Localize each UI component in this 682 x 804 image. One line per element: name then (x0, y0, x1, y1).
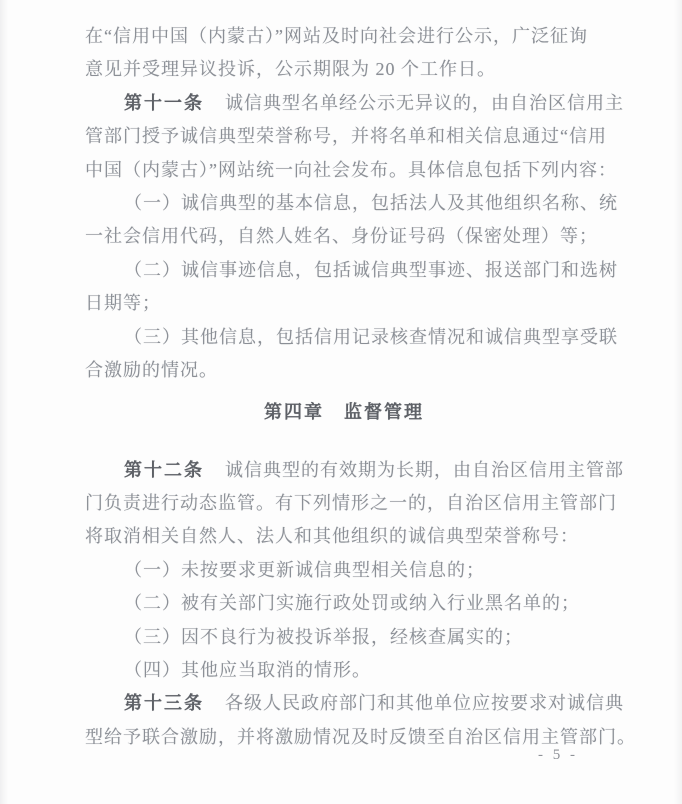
chapter-heading: 第四章 监督管理 (85, 396, 603, 429)
paragraph-line: 日期等； (85, 287, 603, 320)
paragraph-line: 在“信用中国（内蒙古）”网站及时向社会进行公示，广泛征询 (85, 20, 603, 53)
document-page: 在“信用中国（内蒙古）”网站及时向社会进行公示，广泛征询 意见并受理异议投诉，公… (0, 0, 682, 804)
paragraph-line: 管部门授予诚信典型荣誉称号，并将名单和相关信息通过“信用 (85, 120, 603, 153)
paragraph-line: 型给予联合激励，并将激励情况及时反馈至自治区信用主管部门。 (85, 721, 603, 754)
paragraph-line: （二）诚信事迹信息，包括诚信典型事迹、报送部门和选树 (85, 254, 603, 287)
paragraph-line: 门负责进行动态监管。有下列情形之一的，自治区信用主管部门 (85, 487, 603, 520)
paragraph-line: 第十二条诚信典型的有效期为长期，由自治区信用主管部 (85, 454, 603, 487)
paragraph-line: （二）被有关部门实施行政处罚或纳入行业黑名单的； (85, 587, 603, 620)
paragraph-line: （一）未按要求更新诚信典型相关信息的； (85, 554, 603, 587)
paragraph-text: 诚信典型的有效期为长期，由自治区信用主管部 (225, 460, 624, 480)
article-number: 第十三条 (124, 693, 204, 713)
paragraph-line: （三）因不良行为被投诉举报，经核查属实的； (85, 621, 603, 654)
paragraph-line: （四）其他应当取消的情形。 (85, 654, 603, 687)
paragraph-text: 诚信典型名单经公示无异议的，由自治区信用主 (225, 93, 624, 113)
paragraph-line: 第十三条各级人民政府部门和其他单位应按要求对诚信典 (85, 687, 603, 720)
paragraph-line: （一）诚信典型的基本信息，包括法人及其他组织名称、统 (85, 187, 603, 220)
paragraph-line: （三）其他信息，包括信用记录核查情况和诚信典型享受联 (85, 321, 603, 354)
article-number: 第十一条 (124, 93, 204, 113)
paragraph-line: 第十一条诚信典型名单经公示无异议的，由自治区信用主 (85, 87, 603, 120)
paragraph-line: 合激励的情况。 (85, 354, 603, 387)
page-number: - 5 - (538, 746, 578, 764)
paragraph-line: 意见并受理异议投诉，公示期限为 20 个工作日。 (85, 53, 603, 86)
page-content: 在“信用中国（内蒙古）”网站及时向社会进行公示，广泛征询 意见并受理异议投诉，公… (85, 20, 603, 754)
article-number: 第十二条 (124, 460, 204, 480)
paragraph-line: 中国（内蒙古）”网站统一向社会发布。具体信息包括下列内容： (85, 154, 603, 187)
paragraph-line: 将取消相关自然人、法人和其他组织的诚信典型荣誉称号： (85, 520, 603, 553)
paragraph-line: 一社会信用代码，自然人姓名、身份证号码（保密处理）等； (85, 220, 603, 253)
paragraph-text: 各级人民政府部门和其他单位应按要求对诚信典 (225, 693, 624, 713)
